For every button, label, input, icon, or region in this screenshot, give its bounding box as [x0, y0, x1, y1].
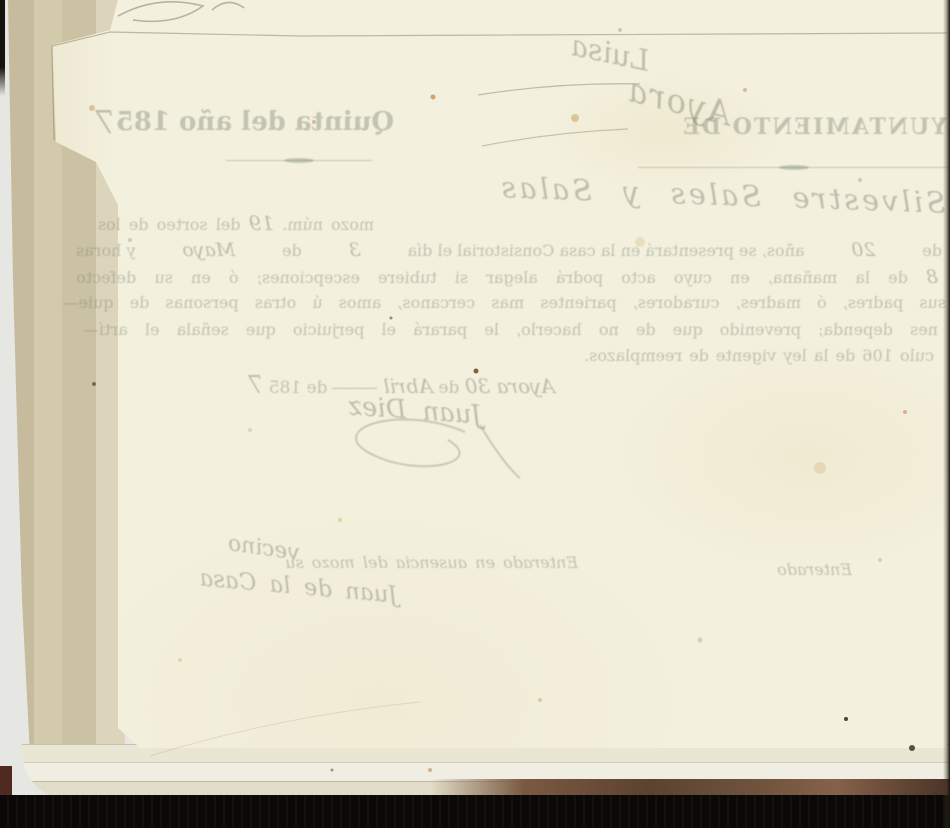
scanned-book-page: AYUNTAMIENTO DE Ayora Luisa Quinta del a… [0, 0, 950, 828]
black-background-bottom [0, 795, 950, 828]
scan-edge-right [943, 0, 950, 828]
paper-page [0, 0, 950, 828]
binding-edge-top [0, 0, 5, 96]
page-edge-strip [8, 0, 35, 800]
